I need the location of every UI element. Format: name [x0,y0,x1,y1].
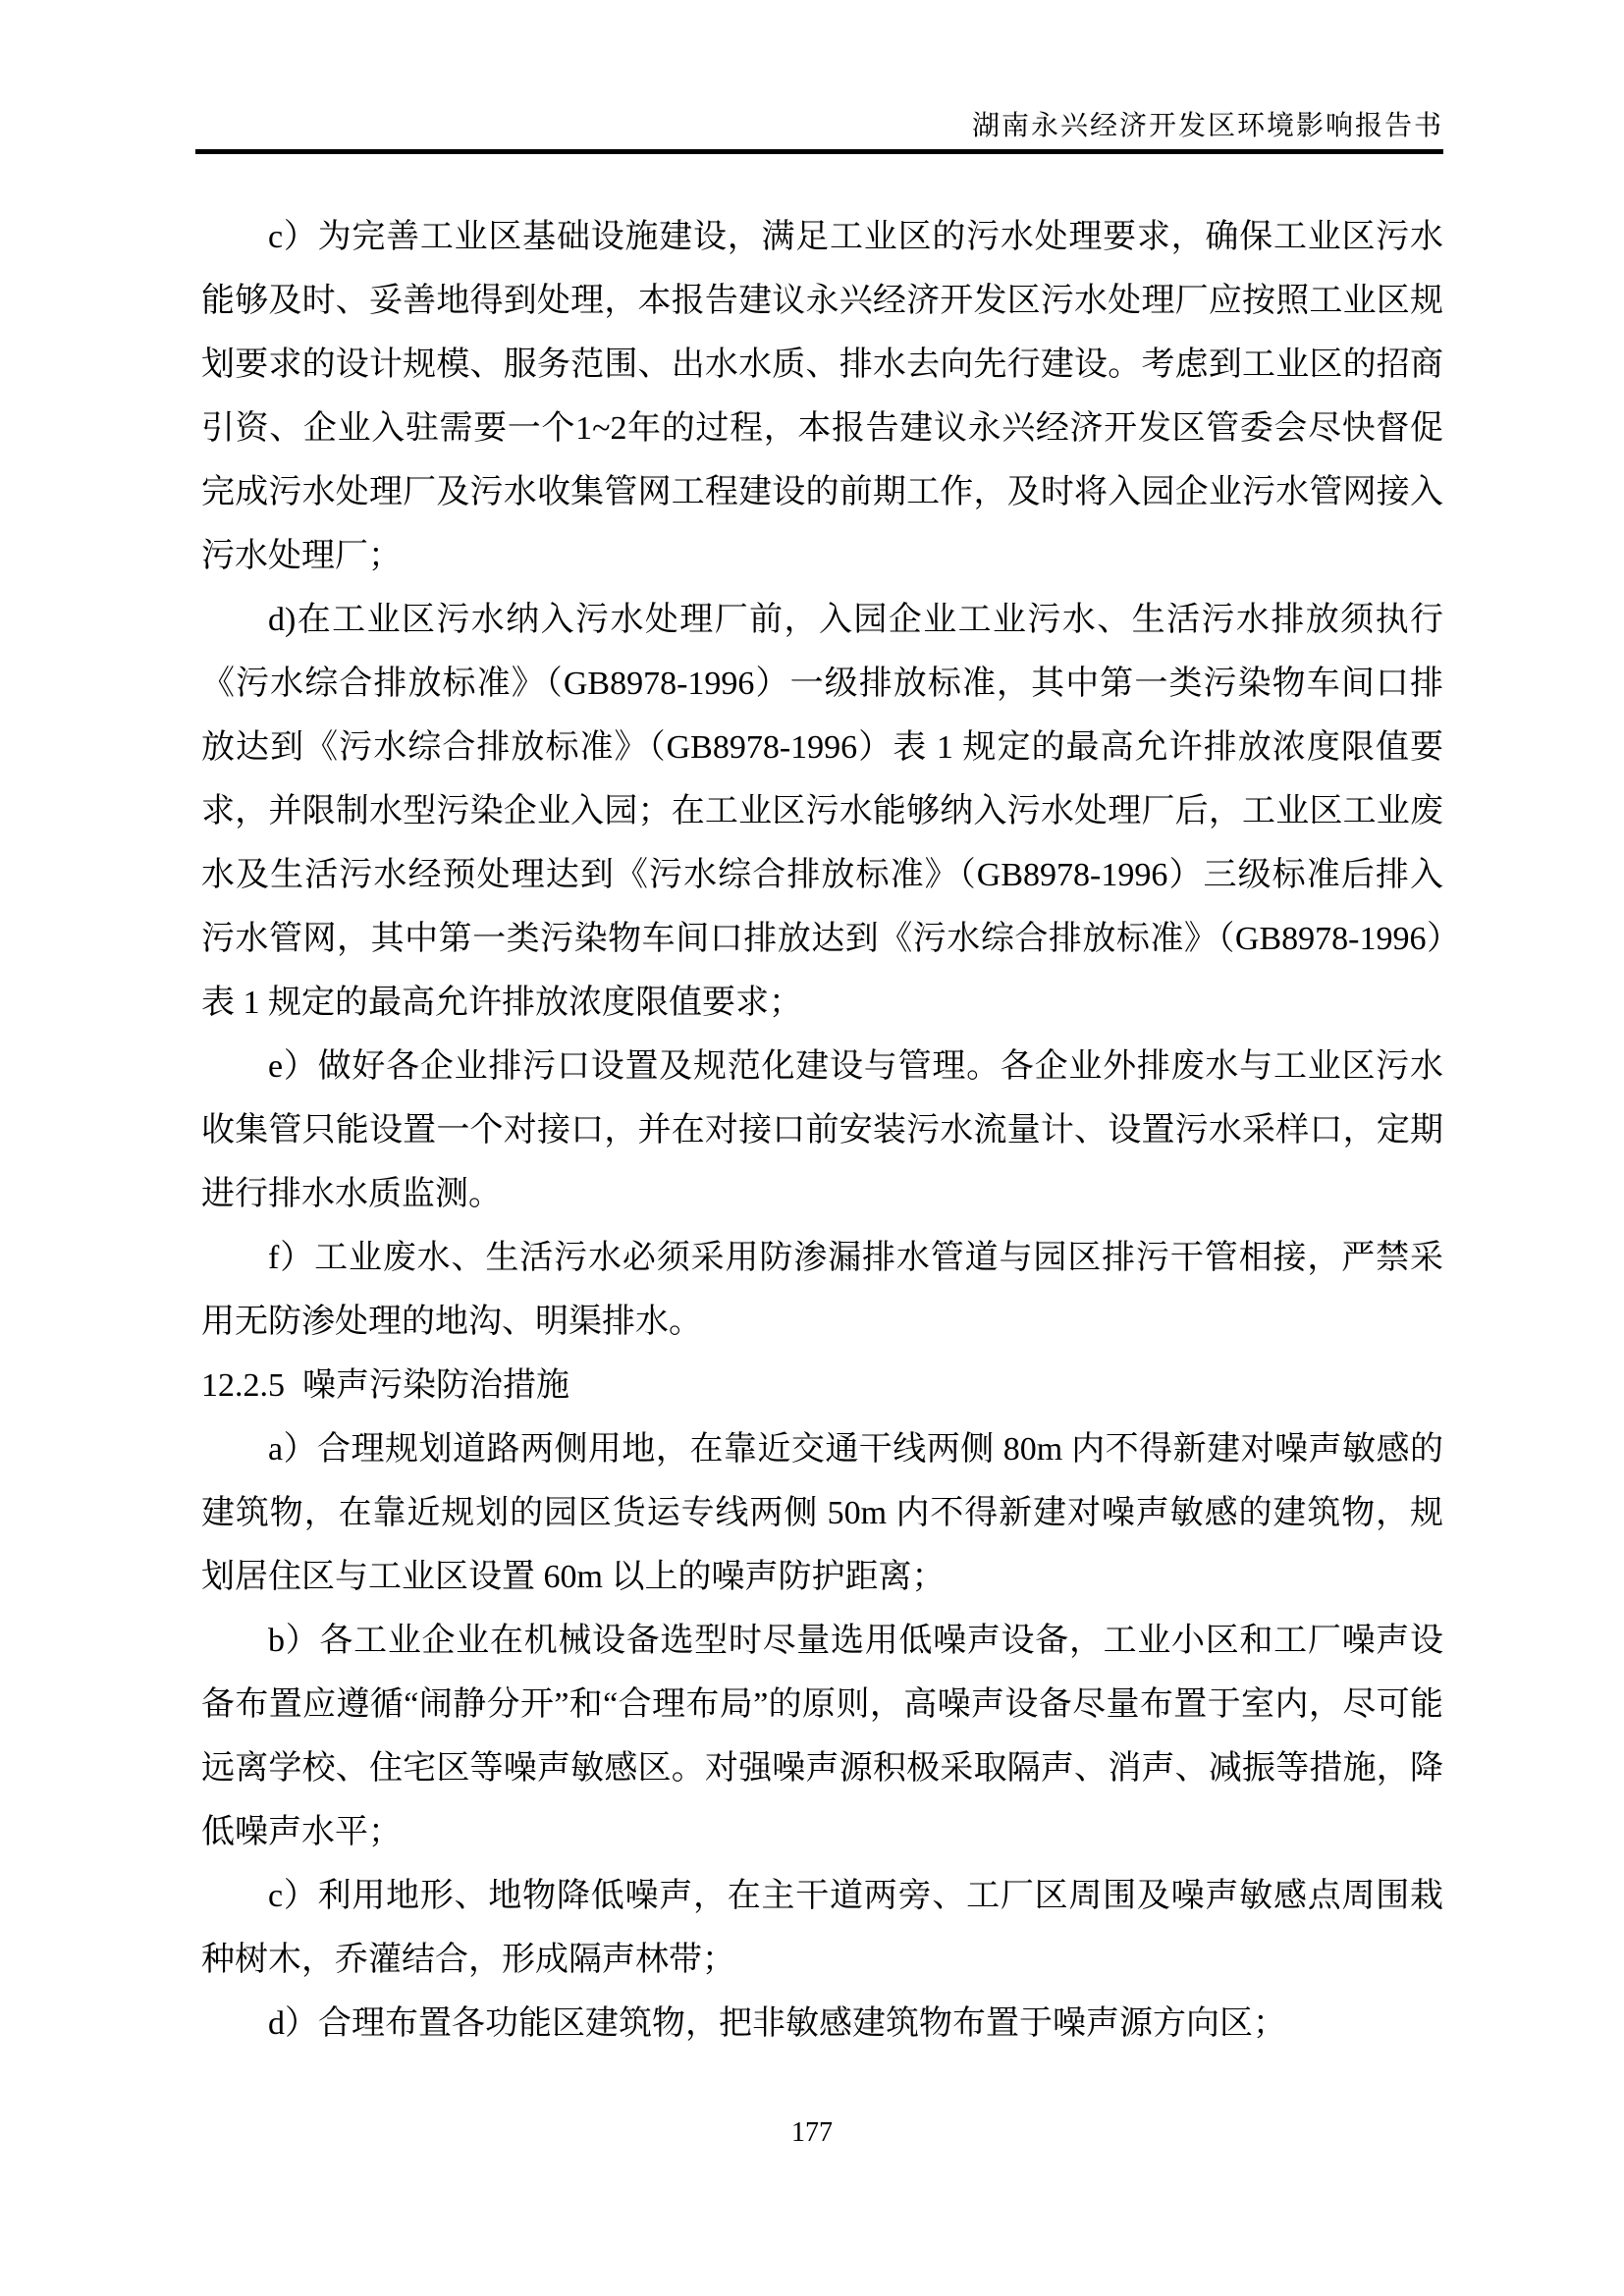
paragraph-c-terrain-noise-reduction: c）利用地形、地物降低噪声，在主干道两旁、工厂区周围及噪声敏感点周围栽种树木，乔… [201,1864,1443,1992]
paragraph-c-sewage-infrastructure: c）为完善工业区基础设施建设，满足工业区的污水处理要求，确保工业区污水能够及时、… [201,205,1443,588]
paragraph-d-building-arrangement: d）合理布置各功能区建筑物，把非敏感建筑物布置于噪声源方向区； [201,1992,1443,2056]
document-page: 湖南永兴经济开发区环境影响报告书 c）为完善工业区基础设施建设，满足工业区的污水… [0,0,1624,2296]
section-number: 12.2.5 [201,1367,285,1404]
paragraph-b-low-noise-equipment: b）各工业企业在机械设备选型时尽量选用低噪声设备，工业小区和工厂噪声设备布置应遵… [201,1609,1443,1864]
page-footer: 177 [0,2115,1624,2151]
page-number: 177 [791,2117,833,2148]
section-title: 噪声污染防治措施 [302,1367,569,1404]
document-body: c）为完善工业区基础设施建设，满足工业区的污水处理要求，确保工业区污水能够及时、… [201,205,1443,2056]
paragraph-f-seepage-proof-drainage: f）工业废水、生活污水必须采用防渗漏排水管道与园区排污干管相接，严禁采用无防渗处… [201,1226,1443,1354]
paragraph-e-outlet-management: e）做好各企业排污口设置及规范化建设与管理。各企业外排废水与工业区污水收集管只能… [201,1035,1443,1226]
header-title: 湖南永兴经济开发区环境影响报告书 [972,110,1443,143]
section-heading-noise-control: 12.2.5噪声污染防治措施 [201,1354,1443,1417]
paragraph-a-road-side-planning: a）合理规划道路两侧用地，在靠近交通干线两侧 80m 内不得新建对噪声敏感的建筑… [201,1417,1443,1609]
header-rule [195,149,1443,154]
paragraph-d-discharge-standards: d)在工业区污水纳入污水处理厂前，入园企业工业污水、生活污水排放须执行《污水综合… [201,588,1443,1035]
